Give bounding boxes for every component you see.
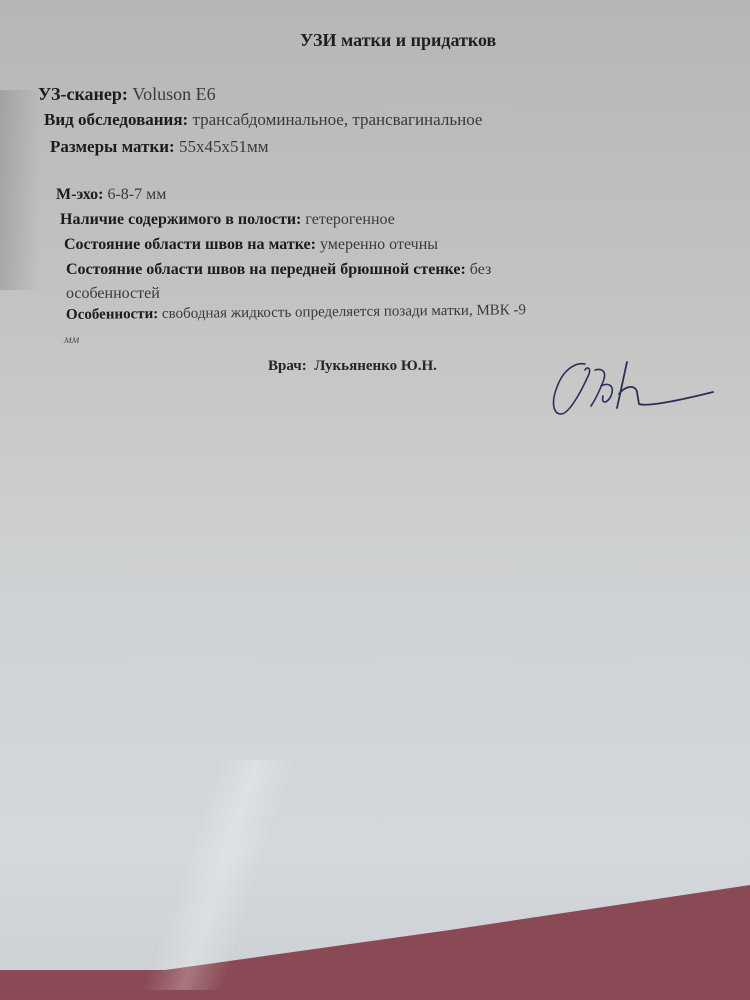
field-m-echo: М-эхо: 6-8-7 мм: [56, 186, 166, 204]
field-value: умеренно отечны: [320, 236, 438, 253]
field-scanner: УЗ-сканер: Voluson E6: [38, 84, 216, 105]
doctor-name: Лукьяненко Ю.Н.: [314, 358, 437, 374]
field-features-cont: мм: [64, 332, 79, 347]
field-value-continued: мм: [64, 332, 79, 346]
field-label: Состояние области швов на матке:: [64, 236, 316, 253]
field-label: М-эхо:: [56, 186, 103, 203]
field-uterine-sutures: Состояние области швов на матке: умеренн…: [64, 236, 438, 254]
field-abdominal-sutures: Состояние области швов на передней брюшн…: [66, 261, 491, 279]
field-value: Voluson E6: [132, 84, 215, 104]
document-title: УЗИ матки и придатков: [300, 30, 496, 51]
field-value: без: [470, 261, 492, 278]
field-label: Особенности:: [66, 306, 158, 323]
field-label: Наличие содержимого в полости:: [60, 211, 301, 228]
field-abdominal-sutures-cont: особенностей: [66, 285, 160, 303]
field-label: Состояние области швов на передней брюшн…: [66, 261, 466, 278]
field-value: 6-8-7 мм: [107, 186, 166, 203]
field-value: свободная жидкость определяется позади м…: [162, 302, 526, 322]
field-value: трансабдоминальное, трансвагинальное: [192, 110, 482, 129]
field-exam-type: Вид обследования: трансабдоминальное, тр…: [44, 110, 482, 130]
field-cavity-content: Наличие содержимого в полости: гетероген…: [60, 211, 395, 229]
field-value-continued: особенностей: [66, 285, 160, 302]
field-value: гетерогенное: [305, 211, 394, 228]
field-label: Вид обследования:: [44, 110, 188, 129]
field-value: 55x45x51мм: [179, 137, 269, 156]
signature-icon: [545, 352, 720, 427]
field-uterus-size: Размеры матки: 55x45x51мм: [50, 137, 268, 157]
doctor-label: Врач:: [268, 358, 307, 374]
doctor-line: Врач: Лукьяненко Ю.Н.: [268, 358, 437, 375]
field-label: Размеры матки:: [50, 137, 175, 156]
field-label: УЗ-сканер:: [38, 84, 128, 104]
